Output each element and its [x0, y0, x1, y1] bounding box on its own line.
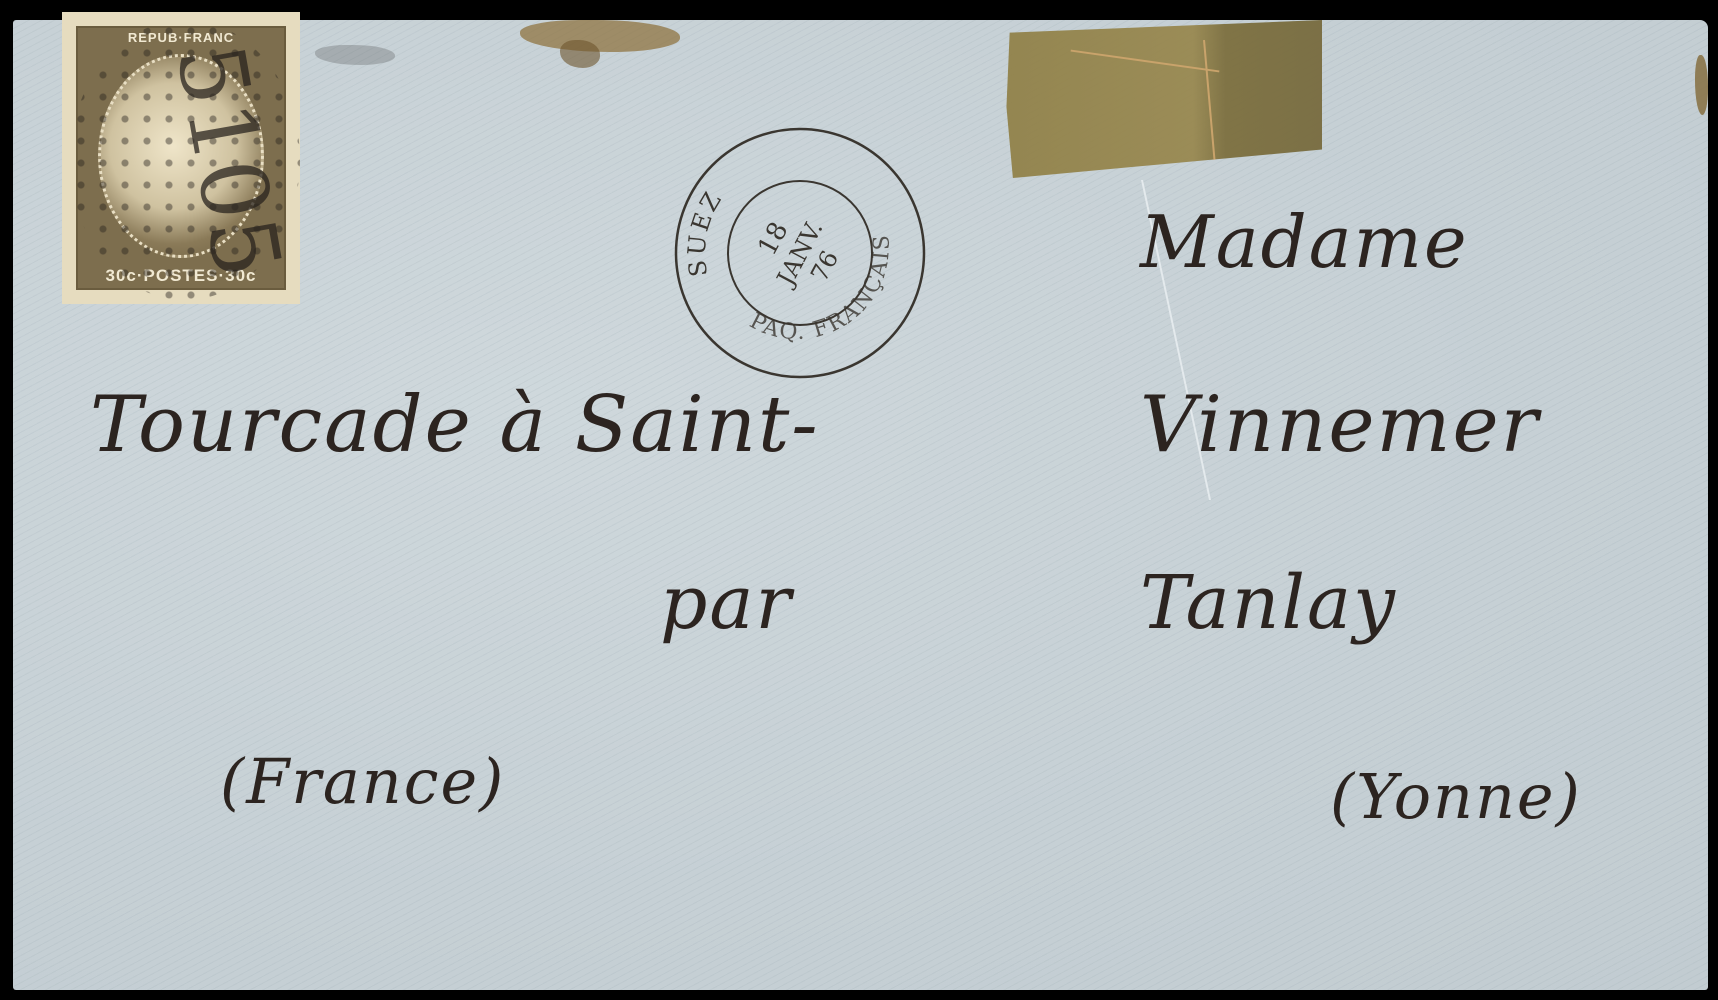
suez-postmark: SUEZ PAQ. FRANÇAIS 18 JANV. 76	[673, 126, 927, 380]
stain-top-right-corner	[1695, 55, 1708, 115]
svg-text:SUEZ: SUEZ	[673, 178, 756, 287]
numeral-cancel: 5105	[93, 36, 286, 213]
address-town: Vinnemer	[1140, 380, 1540, 470]
postmark-town: SUEZ	[673, 178, 756, 287]
address-post-town: Tanlay	[1140, 560, 1397, 646]
address-department: (Yonne)	[1330, 760, 1582, 833]
address-name: Tourcade à Saint-	[90, 380, 820, 470]
address-country: (France)	[220, 745, 505, 818]
address-via: par	[660, 560, 793, 646]
address-salutation: Madame	[1140, 200, 1469, 284]
